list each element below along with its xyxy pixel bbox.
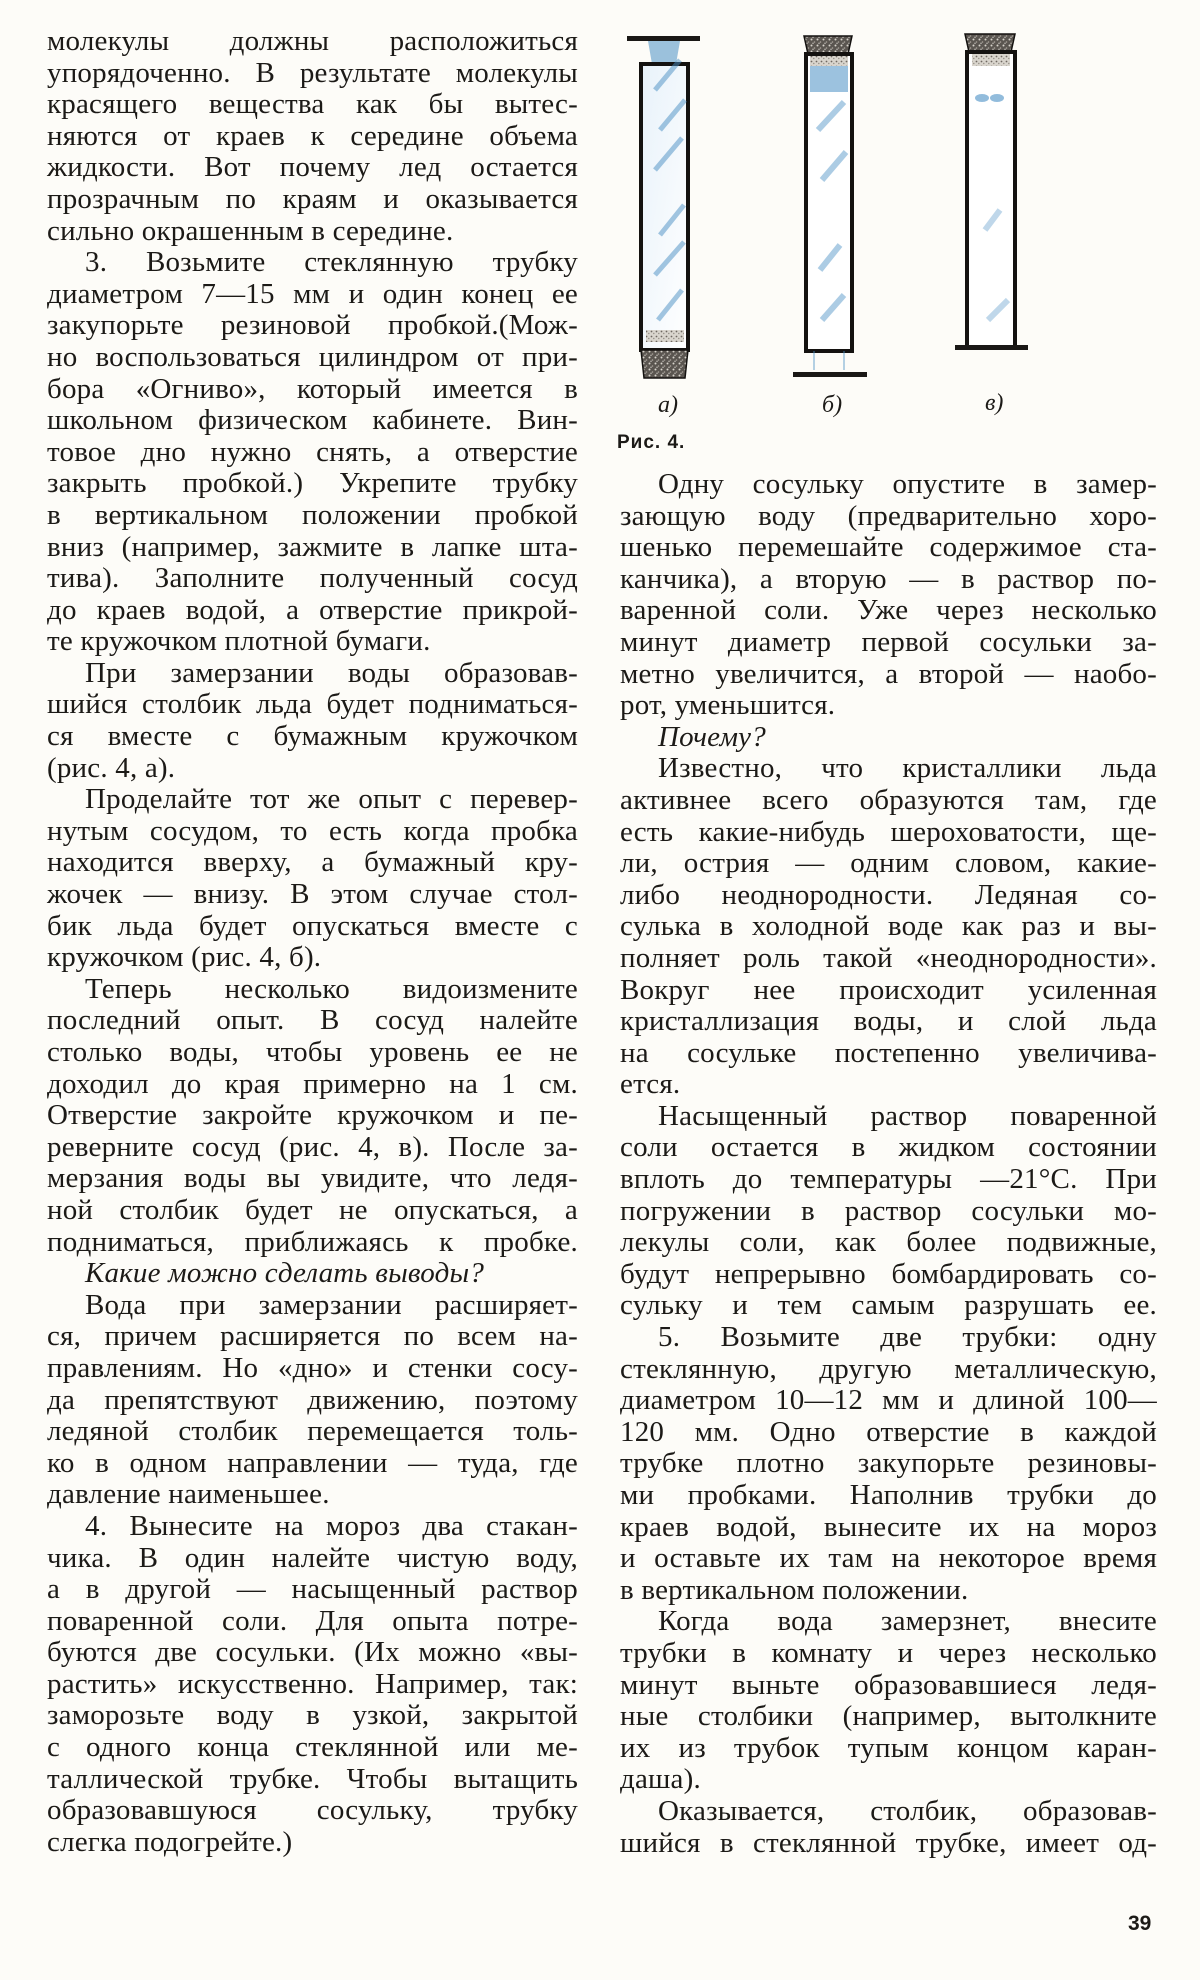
tube-b [793, 36, 867, 377]
question-heading: Почему? [620, 722, 1157, 754]
text-line: диаметром 7—15 мм и один конец ее [47, 279, 578, 311]
text-line: краев водой, вынесите их на мороз [620, 1512, 1157, 1544]
text-line: сильно окрашенным в середине. [47, 216, 578, 248]
text-line: в вертикальном положении пробкой [47, 500, 578, 532]
text-line: прозрачным по краям и оказывается [47, 184, 578, 216]
text-line: молекулы должны расположиться [47, 26, 578, 58]
text-line: реверните сосуд (рис. 4, в). После за- [47, 1132, 578, 1164]
text-line: ледяной столбик перемещается толь- [47, 1416, 578, 1448]
ice-tubes-illustration: а) б) в) [600, 20, 1200, 470]
text-line: 120 мм. Одно отверстие в каждой [620, 1417, 1157, 1449]
label-b: б) [822, 392, 842, 418]
text-line: кружочком (рис. 4, б). [47, 942, 578, 974]
text-line: слегка подогрейте.) [47, 1827, 578, 1859]
text-line: кристаллизация воды, и слой льда [620, 1006, 1157, 1038]
text-line: ется. [620, 1069, 1157, 1101]
text-line: до краев водой, а отверстие прикрой- [47, 595, 578, 627]
text-line: буются две сосульки. (Их можно «вы- [47, 1637, 578, 1669]
paragraph-start: Теперь несколько видоизмените [47, 974, 578, 1006]
text-line: красящего вещества как бы вытес- [47, 89, 578, 121]
paragraph-step-3-start: 3. Возьмите стеклянную трубку [47, 247, 578, 279]
paragraph-start: Когда вода замерзнет, внесите [620, 1606, 1157, 1638]
text-line: полняет роль такой «неоднородности». [620, 943, 1157, 975]
text-line: мерзания воды вы увидите, что ледя- [47, 1163, 578, 1195]
text-line: погружении в раствор сосульки мо- [620, 1196, 1157, 1228]
text-line: трубке плотно закупорьте резиновы- [620, 1448, 1157, 1480]
tube-a [627, 36, 700, 378]
text-line: с одного конца стеклянной или ме- [47, 1732, 578, 1764]
text-line: бора «Огниво», который имеется в [47, 374, 578, 406]
paragraph-start: Вода при замерзании расширяет- [47, 1290, 578, 1322]
text-line: поваренной соли. Для опыта потре- [47, 1606, 578, 1638]
text-line: товое дно нужно снять, а отверстие [47, 437, 578, 469]
label-a: а) [658, 392, 678, 418]
text-line: соли остается в жидком состоянии [620, 1132, 1157, 1164]
text-line: ные столбики (например, вытолкните [620, 1701, 1157, 1733]
right-text-column: Одну сосульку опустите в замер- зающую в… [620, 469, 1157, 1859]
text-line: заморозьте воду в узкой, закрытой [47, 1700, 578, 1732]
paragraph-start: Известно, что кристаллики льда [620, 753, 1157, 785]
text-line: будут непрерывно бомбардировать со- [620, 1259, 1157, 1291]
text-line: закупорьте резиновой пробкой.(Мож- [47, 310, 578, 342]
text-line: правлениям. Но «дно» и стенки сосу- [47, 1353, 578, 1385]
text-line: жидкости. Вот почему лед остается [47, 152, 578, 184]
paragraph-start: Проделайте тот же опыт с перевер- [47, 784, 578, 816]
paragraph-start: Насыщенный раствор поваренной [620, 1101, 1157, 1133]
paragraph-step-5-start: 5. Возьмите две трубки: одну [620, 1322, 1157, 1354]
paragraph-step-4-start: 4. Вынесите на мороз два стакан- [47, 1511, 578, 1543]
text-line: жочек — внизу. В этом случае стол- [47, 879, 578, 911]
text-line: на сосульке постепенно увеличива- [620, 1038, 1157, 1070]
text-line: (рис. 4, а). [47, 753, 578, 785]
text-line: да препятствуют движению, поэтому [47, 1385, 578, 1417]
text-line: упорядоченно. В результате молекулы [47, 58, 578, 90]
text-line: ко в одном направлении — туда, где [47, 1448, 578, 1480]
text-line: школьном физическом кабинете. Вин- [47, 405, 578, 437]
text-line: сулька в холодной воде как раз и вы- [620, 911, 1157, 943]
text-line: стеклянную, другую металлическую, [620, 1354, 1157, 1386]
left-text-column: молекулы должны расположиться упорядочен… [47, 26, 578, 1858]
text-line: а в другой — насыщенный раствор [47, 1574, 578, 1606]
text-line: рот, уменьшится. [620, 690, 1157, 722]
text-line: таллической трубке. Чтобы вытащить [47, 1764, 578, 1796]
text-line: ся, причем расширяется по всем на- [47, 1321, 578, 1353]
text-line: шийся в стеклянной трубке, имеет од- [620, 1828, 1157, 1860]
text-line: либо неоднородности. Ледяная со- [620, 880, 1157, 912]
text-line: их из трубок тупым концом каран- [620, 1733, 1157, 1765]
text-line: подниматься, приближаясь к пробке. [47, 1227, 578, 1259]
text-line: метно увеличится, а второй — наобо- [620, 659, 1157, 691]
figure-4: а) б) в) Рис. 4. [600, 20, 1200, 470]
text-line: варенной соли. Уже через несколько [620, 595, 1157, 627]
text-line: трубки в комнату и через несколько [620, 1638, 1157, 1670]
text-line: Отверстие закройте кружочком и пе- [47, 1100, 578, 1132]
text-line: те кружочком плотной бумаги. [47, 626, 578, 658]
text-line: но воспользоваться цилиндром от при- [47, 342, 578, 374]
text-line: бик льда будет опускаться вместе с [47, 911, 578, 943]
label-c: в) [985, 390, 1003, 416]
text-line: вплоть до температуры —21°С. При [620, 1164, 1157, 1196]
text-line: шенько перемешайте содержимое ста- [620, 532, 1157, 564]
paragraph-start: При замерзании воды образовав- [47, 658, 578, 690]
question-heading: Какие можно сделать выводы? [47, 1258, 578, 1290]
text-line: минут диаметр первой сосульки за- [620, 627, 1157, 659]
text-line: вниз (например, зажмите в лапке шта- [47, 532, 578, 564]
text-line: столько воды, чтобы уровень ее не [47, 1037, 578, 1069]
text-line: в вертикальном положении. [620, 1575, 1157, 1607]
text-line: ми пробками. Наполнив трубки до [620, 1480, 1157, 1512]
text-line: шийся столбик льда будет подниматься- [47, 689, 578, 721]
figure-caption: Рис. 4. [617, 432, 685, 454]
text-line: диаметром 10—12 мм и длиной 100— [620, 1385, 1157, 1417]
text-line: ной столбик будет не опускаться, а [47, 1195, 578, 1227]
text-line: доходил до края примерно на 1 см. [47, 1069, 578, 1101]
text-line: Вокруг нее происходит усиленная [620, 975, 1157, 1007]
text-line: лекулы соли, как более подвижные, [620, 1227, 1157, 1259]
text-line: минут выньте образовавшиеся ледя- [620, 1670, 1157, 1702]
text-line: чика. В один налейте чистую воду, [47, 1543, 578, 1575]
text-line: последний опыт. В сосуд налейте [47, 1005, 578, 1037]
paragraph-start: Оказывается, столбик, образовав- [620, 1796, 1157, 1828]
text-line: ся вместе с бумажным кружочком [47, 721, 578, 753]
text-line: и оставьте их там на некоторое время [620, 1543, 1157, 1575]
text-line: сульку и тем самым разрушать ее. [620, 1290, 1157, 1322]
text-line: тива). Заполните полученный сосуд [47, 563, 578, 595]
text-line: находится вверху, а бумажный кру- [47, 847, 578, 879]
text-line: закрыть пробкой.) Укрепите трубку [47, 468, 578, 500]
text-line: давление наименьшее. [47, 1479, 578, 1511]
text-line: образовавшуюся сосульку, трубку [47, 1795, 578, 1827]
text-line: даша). [620, 1764, 1157, 1796]
text-line: есть какие-нибудь шероховатости, ще- [620, 817, 1157, 849]
tube-c [955, 34, 1028, 350]
page-number: 39 [1128, 1912, 1151, 1936]
text-line: ли, острия — одним словом, какие- [620, 848, 1157, 880]
text-line: активнее всего образуются там, где [620, 785, 1157, 817]
paragraph-start: Одну сосульку опустите в замер- [620, 469, 1157, 501]
text-line: няются от краев к середине объема [47, 121, 578, 153]
text-line: зающую воду (предварительно хоро- [620, 501, 1157, 533]
text-line: канчика), а вторую — в раствор по- [620, 564, 1157, 596]
text-line: растить» искусственно. Например, так: [47, 1669, 578, 1701]
text-line: нутым сосудом, то есть когда пробка [47, 816, 578, 848]
